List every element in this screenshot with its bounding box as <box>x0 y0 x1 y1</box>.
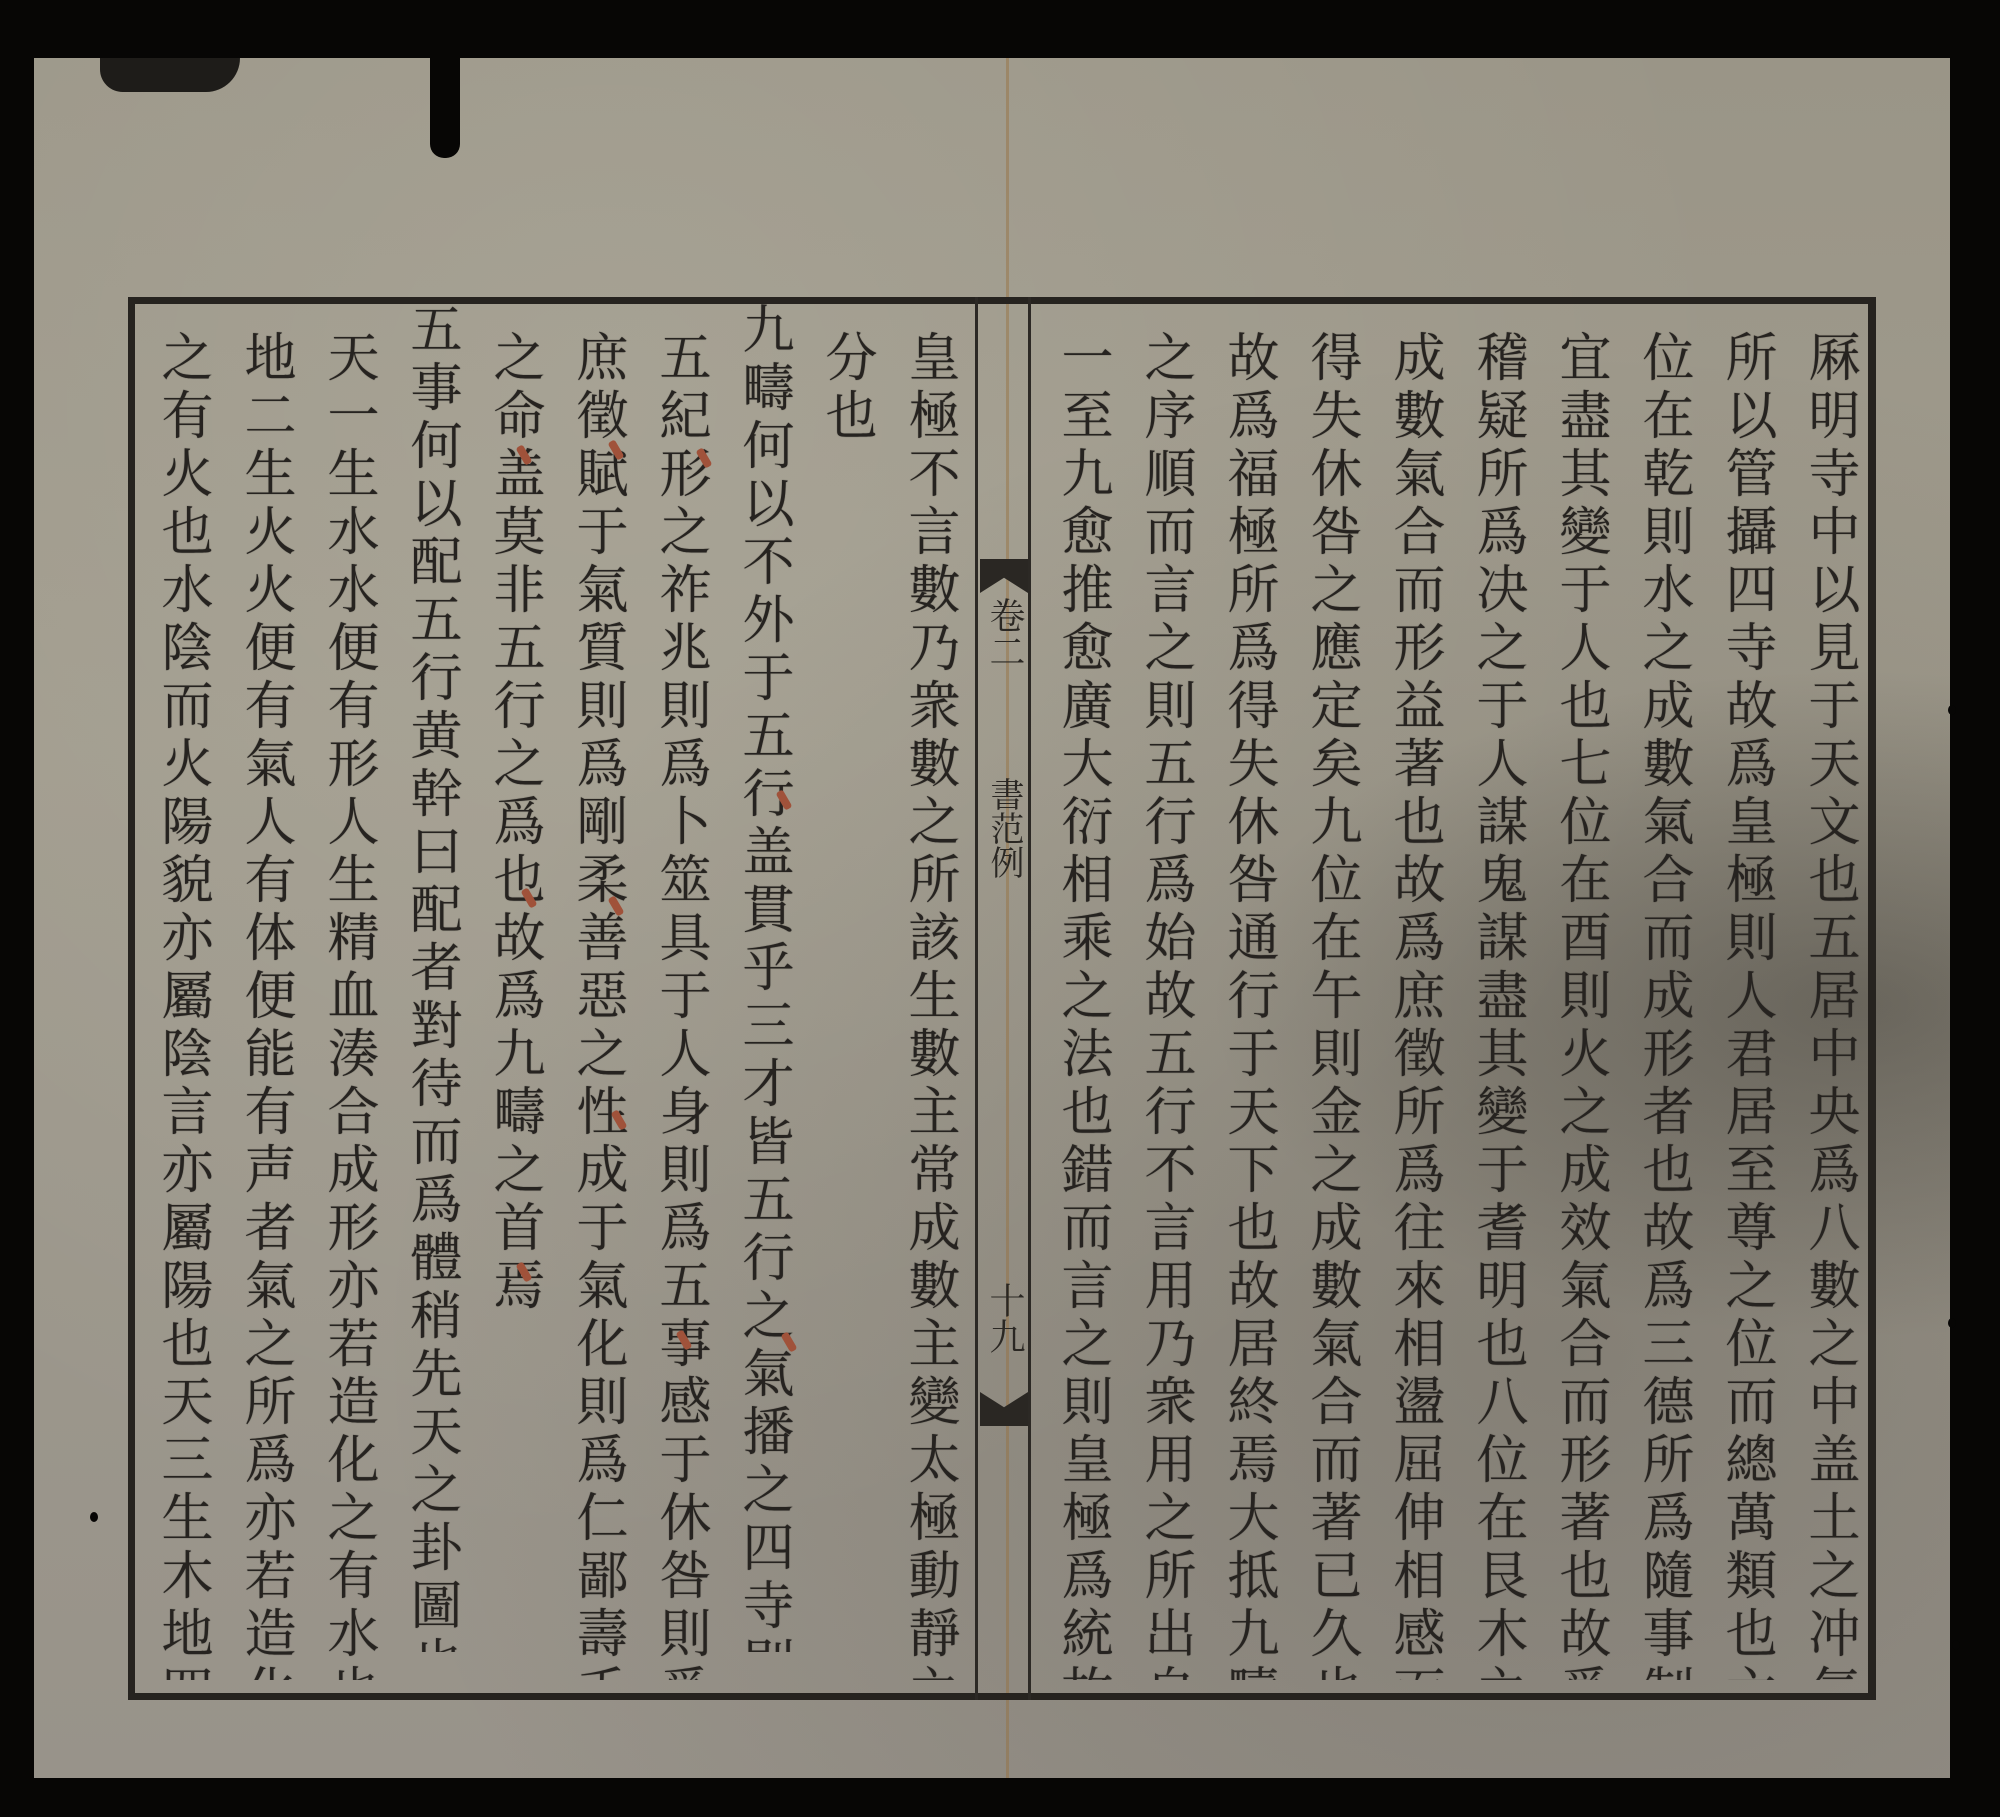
text-column: 地二生火火便有氣人有体便能有声者氣之所爲亦若造化 <box>223 330 306 1680</box>
text-column: 庶徵賦于氣質則爲剛柔善惡之性成于氣化則爲仁鄙壽夭 <box>555 330 638 1680</box>
text-column: 天一生水水便有形人生精血湊合成形亦若造化之有水也 <box>306 330 389 1680</box>
center-column-banxin: 卷二 書范例 十九 <box>975 297 1031 1700</box>
text-column: 之序順而言之則五行爲始故五行不言用乃衆用之所出自 <box>1123 330 1206 1680</box>
text-column: 故爲福極所爲得失休咎通行于天下也故居終焉大抵九疇 <box>1206 330 1289 1680</box>
text-column: 五事何以配五行黄幹曰配者對待而爲體稍先天之卦圖也盖 <box>389 302 472 1652</box>
binding-hole <box>1948 1318 1956 1328</box>
text-column: 五紀形之祚兆則爲卜筮具于人身則爲五事感于休咎則爲 <box>638 330 721 1680</box>
paper-tear <box>100 58 240 92</box>
text-column: 稽疑所爲决之于人謀鬼謀盡其變于耆明也八位在艮木之 <box>1455 330 1538 1680</box>
fishtail-top-icon <box>980 559 1028 593</box>
text-column: 宜盡其變于人也七位在酉則火之成效氣合而形著也故爲 <box>1538 330 1621 1680</box>
text-column: 皇極不言數乃衆數之所該生數主常成數主變太極動靜之 <box>887 330 970 1680</box>
page-number: 十九 <box>982 1282 1026 1354</box>
right-half-page: 厤明寺中以見于天文也五居中央爲八數之中盖土之冲氣 所以管攝四寺故爲皇極則人君居至… <box>1040 330 1870 1680</box>
text-column: 所以管攝四寺故爲皇極則人君居至尊之位而總萬類也六 <box>1704 330 1787 1680</box>
binding-hole <box>1948 705 1956 715</box>
left-half-page: 皇極不言數乃衆數之所該生數主常成數主變太極動靜之 分也 九疇何以不外于五行盖貫乎… <box>135 330 970 1680</box>
text-column: 一至九愈推愈廣大衍相乘之法也錯而言之則皇極爲統故 <box>1040 330 1123 1680</box>
text-column: 得失休咎之應定矣九位在午則金之成數氣合而著已久也 <box>1289 330 1372 1680</box>
book-title: 書范例 <box>982 777 1026 879</box>
text-column: 成數氣合而形益著也故爲庶徵所爲往來相盪屈伸相感而 <box>1372 330 1455 1680</box>
paper-notch <box>430 58 460 158</box>
text-column: 位在乾則水之成數氣合而成形者也故爲三德所爲隨事制 <box>1621 330 1704 1680</box>
fishtail-bottom-icon <box>980 1392 1028 1426</box>
volume-label: 卷二 <box>982 597 1026 669</box>
text-column: 之命盖莫非五行之爲也故爲九疇之首焉 <box>472 330 555 1680</box>
text-column: 之有火也水陰而火陽貌亦屬陰言亦屬陽也天三生木地四 <box>140 330 223 1680</box>
text-column: 九疇何以不外于五行盖貫乎三才皆五行之氣播之四寺則爲 <box>721 302 804 1652</box>
binding-hole <box>1952 1640 1960 1650</box>
binding-hole <box>90 1512 98 1522</box>
text-column: 厤明寺中以見于天文也五居中央爲八數之中盖土之冲氣 <box>1787 330 1870 1680</box>
text-column: 分也 <box>804 330 887 1680</box>
